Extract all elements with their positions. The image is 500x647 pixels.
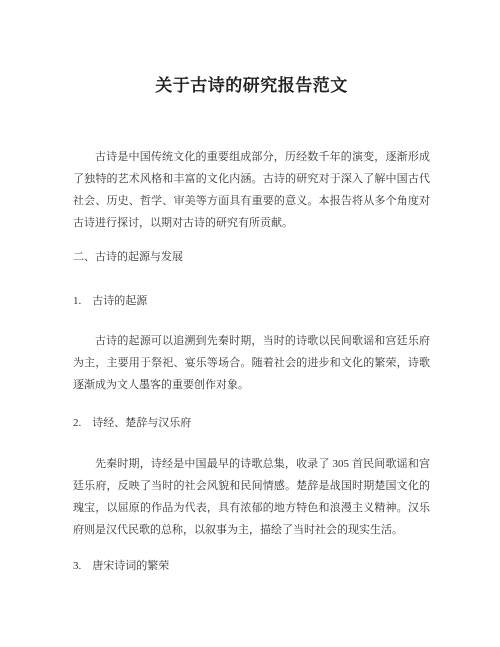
document-page: 关于古诗的研究报告范文 古诗是中国传统文化的重要组成部分，历经数千年的演变，逐渐… <box>0 0 500 647</box>
paragraph-shijing-chuci-hanyuefu: 先秦时期，诗经是中国最早的诗歌总集，收录了 305 首民间歌谣和宫廷乐府，反映了… <box>73 453 430 541</box>
subheading-origin-of-ancient-poetry: 1. 古诗的起源 <box>73 290 430 312</box>
paragraph-introduction: 古诗是中国传统文化的重要组成部分，历经数千年的演变，逐渐形成了独特的艺术风格和丰… <box>73 146 430 234</box>
section-heading-origin-and-development: 二、古诗的起源与发展 <box>73 246 430 268</box>
document-body: 古诗是中国传统文化的重要组成部分，历经数千年的演变，逐渐形成了独特的艺术风格和丰… <box>73 146 430 577</box>
document-title: 关于古诗的研究报告范文 <box>73 74 430 98</box>
subheading-tang-song-poetry-prosperity: 3. 唐宋诗词的繁荣 <box>73 555 430 577</box>
subheading-shijing-chuci-hanyuefu: 2. 诗经、楚辞与汉乐府 <box>73 412 430 434</box>
paragraph-origin-of-ancient-poetry: 古诗的起源可以追溯到先秦时期，当时的诗歌以民间歌谣和宫廷乐府为主，主要用于祭祀、… <box>73 330 430 396</box>
